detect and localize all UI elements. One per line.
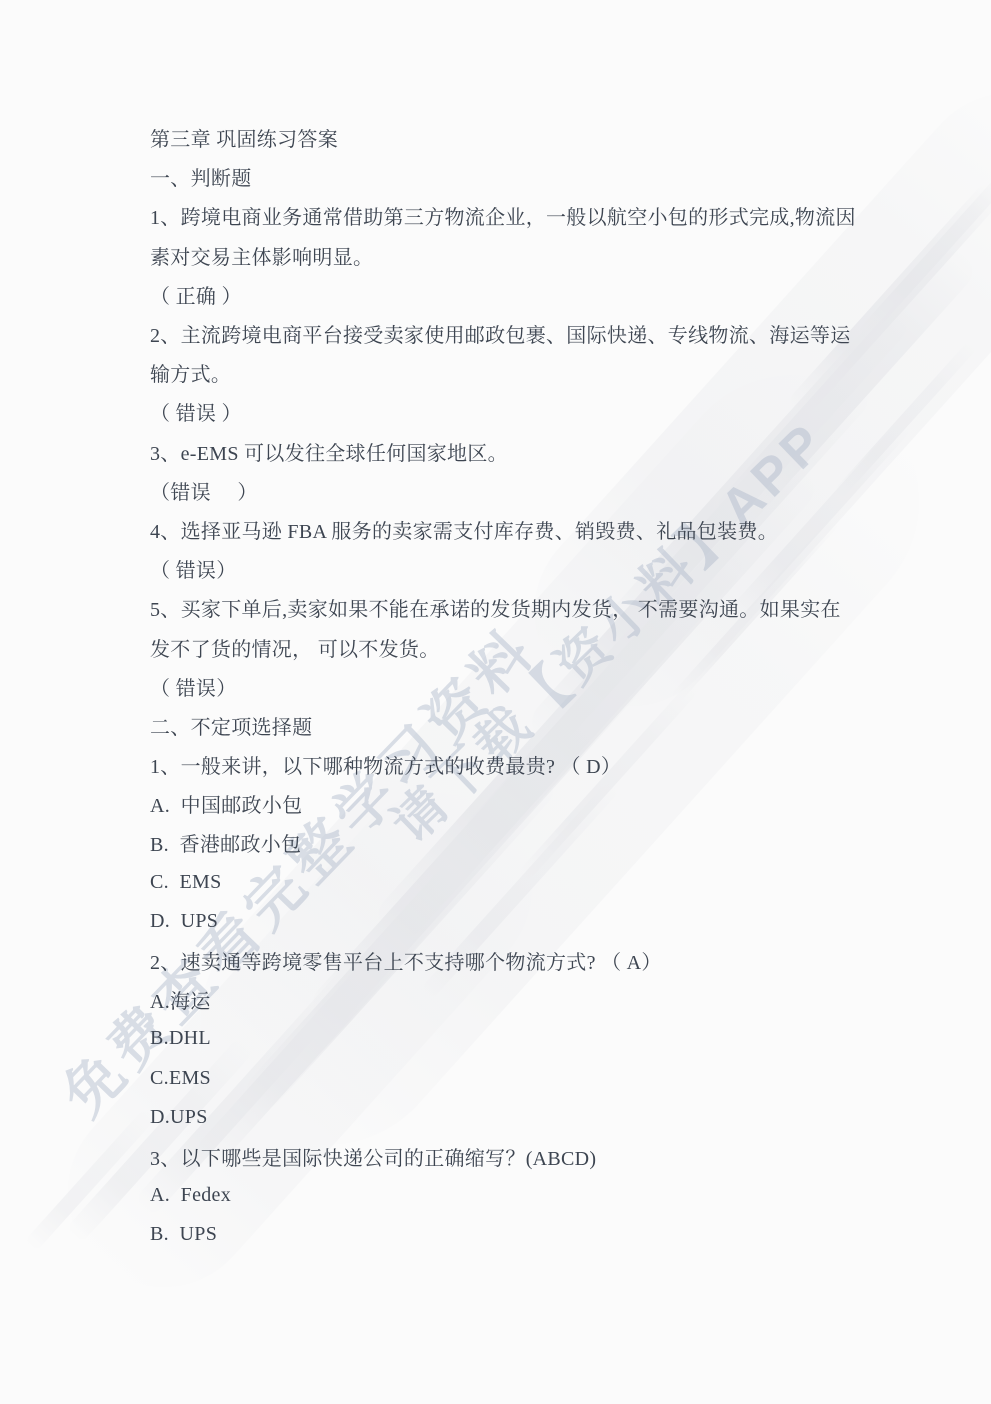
question-line: 发不了货的情况， 可以不发货。: [150, 627, 951, 666]
answer-line: （错误 ）: [150, 471, 951, 510]
question-line: 3、以下哪些是国际快递公司的正确缩写？(ABCD): [150, 1137, 951, 1176]
question-line: 输方式。: [150, 353, 951, 392]
section-heading: 一、判断题: [150, 157, 951, 196]
document-content: 第三章 巩固练习答案一、判断题1、跨境电商业务通常借助第三方物流企业，一般以航空…: [150, 118, 951, 1254]
section-heading: 二、不定项选择题: [150, 706, 951, 745]
question-line: 3、e-EMS 可以发往全球任何国家地区。: [150, 432, 951, 471]
answer-line: （ 错误 ）: [150, 392, 951, 431]
chapter-title: 第三章 巩固练习答案: [150, 118, 951, 157]
option-line: B. UPS: [150, 1215, 951, 1254]
answer-line: （ 错误）: [150, 667, 951, 706]
question-line: 4、选择亚马逊 FBA 服务的卖家需支付库存费、销毁费、礼品包装费。: [150, 510, 951, 549]
option-line: B.DHL: [150, 1019, 951, 1058]
question-line: 2、主流跨境电商平台接受卖家使用邮政包裹、国际快递、专线物流、海运等运: [150, 314, 951, 353]
question-line: 1、跨境电商业务通常借助第三方物流企业，一般以航空小包的形式完成,物流因: [150, 196, 951, 235]
option-line: A. 中国邮政小包: [150, 784, 951, 823]
option-line: C.EMS: [150, 1059, 951, 1098]
question-line: 素对交易主体影响明显。: [150, 236, 951, 275]
document-page: 免费查看完整学习资料 请下载【资小料】APP 第三章 巩固练习答案一、判断题1、…: [0, 0, 991, 1404]
option-line: B. 香港邮政小包: [150, 823, 951, 862]
answer-line: （ 正确 ）: [150, 275, 951, 314]
question-line: 1、一般来讲，以下哪种物流方式的收费最贵? （ D）: [150, 745, 951, 784]
question-line: 5、买家下单后,卖家如果不能在承诺的发货期内发货， 不需要沟通。如果实在: [150, 588, 951, 627]
question-line: 2、速卖通等跨境零售平台上不支持哪个物流方式? （ A）: [150, 941, 951, 980]
option-line: D. UPS: [150, 902, 951, 941]
option-line: C. EMS: [150, 863, 951, 902]
option-line: A. Fedex: [150, 1176, 951, 1215]
answer-line: （ 错误）: [150, 549, 951, 588]
option-line: D.UPS: [150, 1098, 951, 1137]
option-line: A.海运: [150, 980, 951, 1019]
